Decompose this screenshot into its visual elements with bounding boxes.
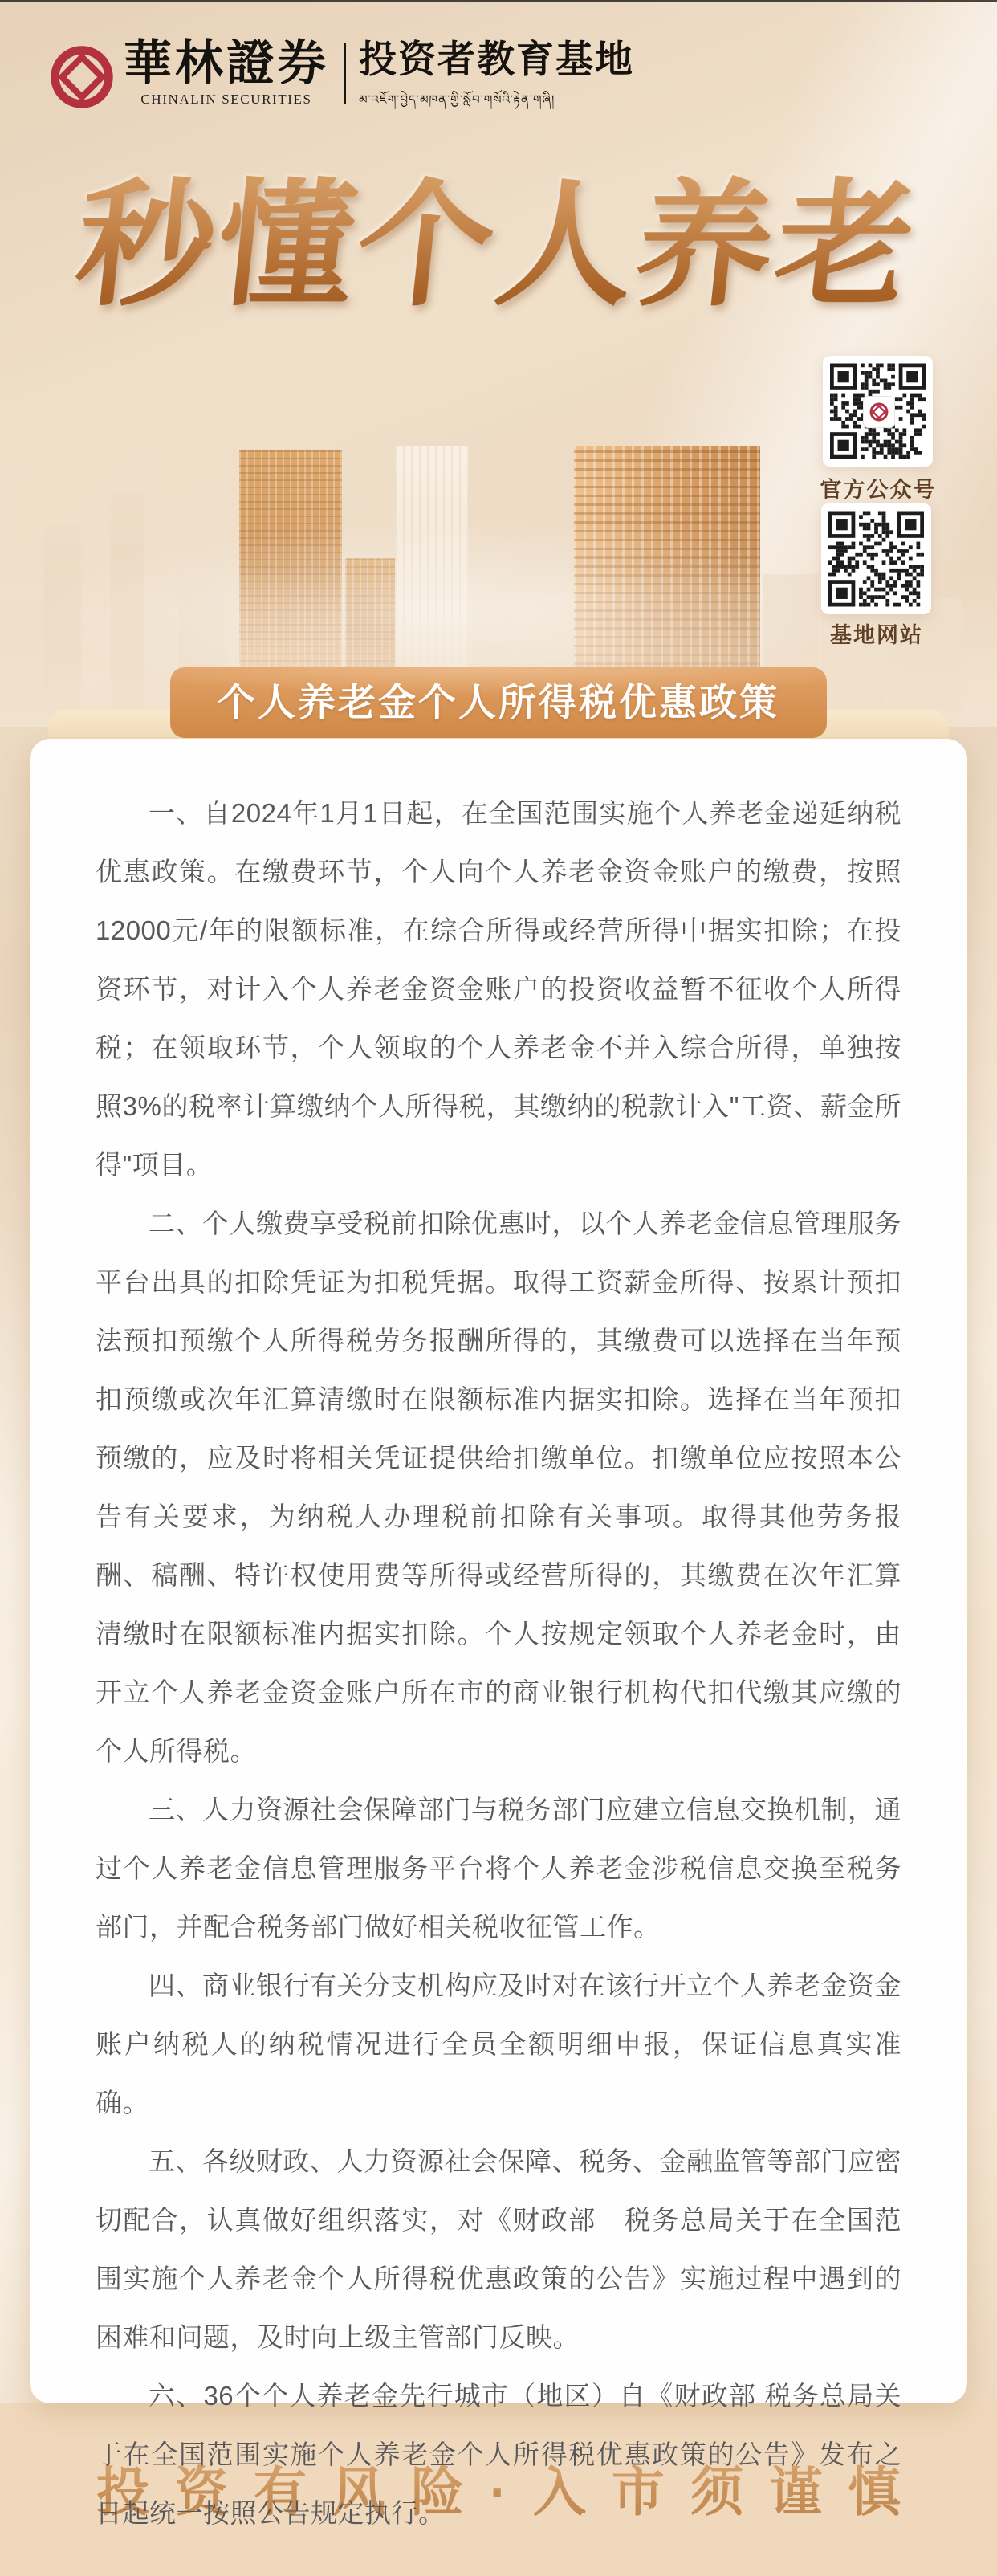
top-edge-line [0, 0, 997, 2]
article-paragraph-5: 五、各级财政、人力资源社会保障、税务、金融监管等部门应密切配合，认真做好组织落实… [96, 2132, 901, 2366]
article-paragraph-4: 四、商业银行有关分支机构应及时对在该行开立个人养老金资金账户纳税人的纳税情况进行… [96, 1956, 901, 2132]
qr-pattern [828, 511, 924, 607]
qr-code-base-website [821, 503, 931, 614]
header-divider [344, 43, 346, 104]
skyline-tower [44, 526, 81, 727]
qr-center-logo [863, 396, 895, 428]
brand-name-en: CHINALIN SECURITIES [124, 92, 329, 108]
pension-policy-poster: 華林證券 CHINALIN SECURITIES 投资者教育基地 མ་འཇོག་… [0, 0, 997, 2576]
article-paragraph-3: 三、人力资源社会保障部门与税务部门应建立信息交换机制，通过个人养老金信息管理服务… [96, 1780, 901, 1956]
org-block: 投资者教育基地 མ་འཇོག་བྱེད་མཁན་གྱི་སློབ་གསོའི་ར… [359, 39, 634, 120]
header: 華林證券 CHINALIN SECURITIES 投资者教育基地 མ་འཇོག་… [47, 39, 634, 120]
chinalin-logo-icon [47, 42, 117, 112]
brand-block: 華林證券 CHINALIN SECURITIES [124, 39, 329, 108]
investor-education-base-tibetan: མ་འཇོག་བྱེད་མཁན་གྱི་སློབ་གསོའི་རྟེན་གཞི། [359, 87, 634, 120]
article-paragraph-1: 一、自2024年1月1日起，在全国范围实施个人养老金递延纳税优惠政策。在缴费环节… [96, 784, 901, 1194]
chinalin-logo-icon [869, 401, 889, 422]
policy-article-card: 一、自2024年1月1日起，在全国范围实施个人养老金递延纳税优惠政策。在缴费环节… [30, 739, 967, 2403]
brand-name-cn: 華林證券 [124, 39, 329, 88]
policy-title-banner: 个人养老金个人所得税优惠政策 [170, 667, 827, 738]
qr-label-official-account: 官方公众号 [814, 472, 942, 503]
hero-title: 秒懂个人养老 [0, 135, 997, 332]
article-paragraph-2: 二、个人缴费享受税前扣除优惠时，以个人养老金信息管理服务平台出具的扣除凭证为扣税… [96, 1194, 901, 1780]
article-paragraph-6: 六、36个个人养老金先行城市（地区）自《财政部 税务总局关于在全国范围实施个人养… [96, 2366, 901, 2542]
skyline-tower [0, 598, 50, 727]
investor-education-base-title: 投资者教育基地 [359, 39, 634, 80]
skyline-tower [111, 494, 144, 727]
qr-code-official-account [823, 356, 933, 467]
qr-label-base-website: 基地网站 [812, 618, 941, 649]
